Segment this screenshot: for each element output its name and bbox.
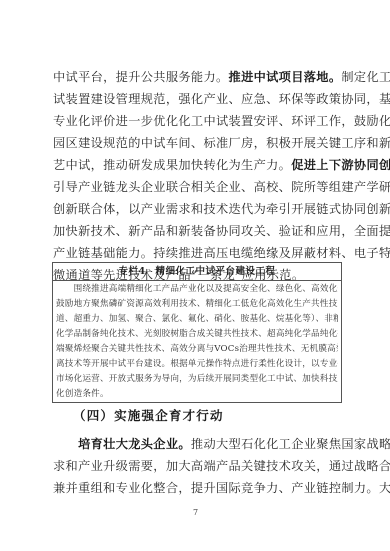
box-body: 围绕推进高端精细化工产品产业化以及提高安全化、绿色化、高效化生产水平， 鼓励地方… xyxy=(53,281,341,402)
box-line: 鼓励地方聚焦磷矿资源高效利用技术、精细化工低危化高效化生产共性技术（微通 xyxy=(56,297,338,312)
text-line: 专业化评价进一步优化化工中试装置安评、环评工作，鼓励化工 xyxy=(53,110,343,132)
text-line: 艺中试，推动研发成果加快转化为生产力。促进上下游协同创新。 xyxy=(53,154,343,176)
text-line: 兼并重组和专业化整合，提升国际竞争力、产业链控制力。大力 xyxy=(53,477,343,499)
bold-lead: 促进上下游协同创新。 xyxy=(291,158,390,172)
body-paragraph-2: 培育壮大龙头企业。推动大型石化化工企业聚焦国家战略需 求和产业升级需要，加大高端… xyxy=(53,433,343,499)
box-line: 市场化运营、开放式服务为导向，为后续开展同类型化工中试、加快科技成果产业 xyxy=(56,372,338,387)
box-title: 专栏4 精细化工中试平台建设工程 xyxy=(53,263,341,281)
text-line: 试装置建设管理规范，强化产业、应急、环保等政策协同，基于 xyxy=(53,88,343,110)
text-line: 中试平台，提升公共服务能力。推进中试项目落地。制定化工中 xyxy=(53,66,343,88)
box-line: 端聚烯烃聚合关键共性技术、高效分离与VOCs治理共性技术、无机膜高效气体分 xyxy=(56,342,338,357)
sidebar-box-column-4: 专栏4 精细化工中试平台建设工程 围绕推进高端精细化工产品产业化以及提高安全化、… xyxy=(52,262,342,403)
page-number: 7 xyxy=(193,508,198,517)
text-line: 培育壮大龙头企业。推动大型石化化工企业聚焦国家战略需 xyxy=(53,433,343,455)
text-line: 创新联合体，以产业需求和技术迭代为牵引开展链式协同创新， xyxy=(53,198,343,220)
text-line: 加快新技术、新产品和新装备协同攻关、验证和应用，全面提升 xyxy=(53,220,343,242)
box-line: 化创造条件。 xyxy=(56,387,338,402)
text-line: 园区建设规范的中试车间、标准厂房，积极开展关键工序和新工 xyxy=(53,132,343,154)
box-line: 围绕推进高端精细化工产品产业化以及提高安全化、绿色化、高效化生产水平， xyxy=(56,282,338,297)
text-line: 引导产业链龙头企业联合相关企业、高校、院所等组建产学研用 xyxy=(53,176,343,198)
body-paragraph-1: 中试平台，提升公共服务能力。推进中试项目落地。制定化工中 试装置建设管理规范，强… xyxy=(53,66,343,286)
box-line: 离技术等开展中试平台建设。根据单元操作特点进行柔性化设计，以专业化建设、 xyxy=(56,357,338,372)
text-line: 产业链基础能力。持续推进高压电缆绝缘及屏蔽材料、电子特气、 xyxy=(53,242,343,264)
document-page: 中试平台，提升公共服务能力。推进中试项目落地。制定化工中 试装置建设管理规范，强… xyxy=(0,0,390,551)
box-line: 化学品制备纯化技术、光刻胶树脂合成关键共性技术、超高纯化学品纯化技术、高 xyxy=(56,327,338,342)
box-line: 道、超重力、加氢、聚合、氯化、氟化、硝化、胺基化、烷基化等）、非粮生物基 xyxy=(56,312,338,327)
bold-lead: 培育壮大龙头企业。 xyxy=(78,437,191,451)
section-heading: （四）实施强企育才行动 xyxy=(73,405,224,427)
bold-lead: 推进中试项目落地。 xyxy=(229,70,342,84)
text-line: 求和产业升级需要，加大高端产品关键技术攻关，通过战略合作、 xyxy=(53,455,343,477)
